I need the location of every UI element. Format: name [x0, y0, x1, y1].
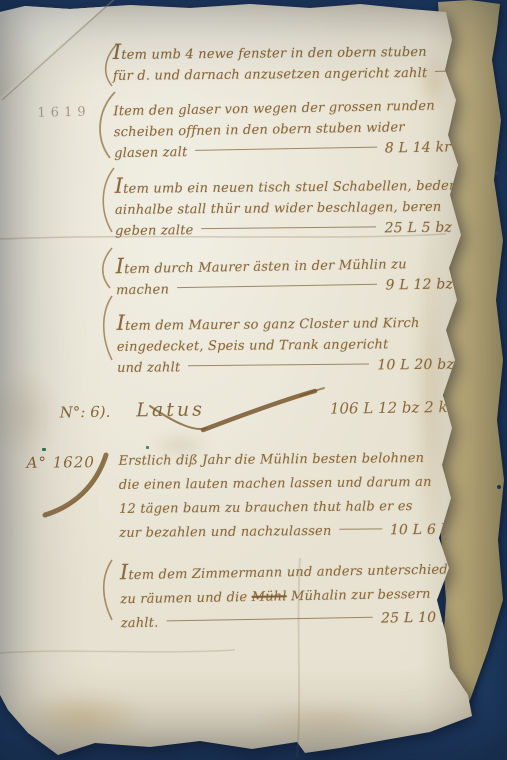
ink-rule [339, 528, 381, 529]
manuscript-line: die einen lauten machen lassen und darum… [119, 471, 456, 498]
line-text: glasen zalt [114, 142, 188, 164]
manuscript-page: Item umb 4 newe fenster in den obern stu… [0, 0, 507, 760]
handwritten-content: Item umb 4 newe fenster in den obern stu… [0, 0, 507, 650]
ink-rule [202, 226, 377, 229]
ink-rule [166, 617, 373, 622]
line-text: Item umb ein neuen tisch stuel Schabelle… [115, 179, 458, 197]
ledger-entry: Item umb ein neuen tisch stuel Schabelle… [115, 173, 453, 242]
ledger-entry: Item umb 4 newe fenster in den obern stu… [113, 39, 450, 87]
amount-text: 25 L 5 bz [384, 218, 452, 240]
margin-year-note: A° 1620 [26, 452, 94, 474]
margin-year-note: 1619 [37, 102, 90, 124]
amount-text: 8 L 14 kr [385, 137, 452, 159]
summary-number-label: N°: 6). [60, 399, 111, 426]
amount-text: 10 L 20 bz [377, 355, 454, 377]
manuscript-line: zur bezahlen und nachzulassen10 L 6 kr [119, 519, 456, 546]
amount-text: 9 L 12 bz [385, 274, 453, 296]
paper-stain [416, 50, 450, 110]
manuscript-line: Item dem Maurer so ganz Closter und Kirc… [116, 310, 453, 337]
manuscript-line: machen9 L 12 bz [116, 274, 453, 301]
line-text: und zahlt [117, 357, 181, 379]
line-text: zur bezahlen und nachzulassen [119, 520, 331, 546]
manuscript-page-wrap: Item umb 4 newe fenster in den obern stu… [0, 0, 507, 760]
photo-scene: Item umb 4 newe fenster in den obern stu… [0, 0, 507, 760]
line-text: zahlt. [121, 612, 159, 637]
manuscript-line: geben zalte25 L 5 bz [115, 218, 452, 242]
manuscript-line: glasen zalt8 L 14 kr [114, 137, 451, 164]
line-text: zu räumen und die [120, 590, 252, 607]
line-text: Item den glaser von wegen der grossen ru… [113, 99, 435, 120]
manuscript-line: Item umb 4 newe fenster in den obern stu… [113, 39, 450, 66]
line-text: ainhalbe stall thür und wider beschlagen… [115, 200, 442, 218]
line-text: Item umb 4 newe fenster in den obern stu… [113, 45, 427, 63]
line-text: die einen lauten machen lassen und darum… [119, 475, 432, 493]
manuscript-line: und zahlt10 L 20 bz [117, 355, 454, 379]
line-text: Erstlich diß Jahr die Mühlin besten belo… [119, 451, 425, 469]
summary-latus-word: Latus [136, 396, 205, 423]
line-text: für d. und darnach anzusetzen angericht … [113, 63, 428, 87]
amount-text: 25 L 10 bz [381, 607, 458, 629]
ledger-entry: Item dem Maurer so ganz Closter und Kirc… [116, 310, 454, 379]
manuscript-line: für d. und darnach anzusetzen angericht … [113, 63, 450, 87]
ledger-entry: 1619Item den glaser von wegen der grosse… [113, 95, 451, 164]
ink-rule [177, 284, 377, 288]
ink-rule [435, 71, 453, 72]
paper-stain [18, 688, 148, 746]
manuscript-line: 12 tägen baum zu brauchen thut halb er e… [119, 495, 456, 522]
line-text: 12 tägen baum zu brauchen thut halb er e… [119, 499, 413, 517]
line-text: geben zalte [115, 220, 194, 242]
amount-text: 10 L 6 kr [390, 520, 457, 542]
struck-word: Mühl [252, 589, 287, 605]
amount-text: 14 L 3 bz [461, 62, 507, 84]
line-text: eingedecket, Speis und Trank angericht [117, 337, 389, 355]
ledger-entry: A° 1620Erstlich diß Jahr die Mühlin best… [118, 447, 456, 546]
ledger-section-1620: A° 1620Erstlich diß Jahr die Mühlin best… [118, 446, 458, 636]
line-text: Item dem Zimmermann und anders unterschi… [120, 562, 481, 583]
ledger-section-1619: Item umb 4 newe fenster in den obern stu… [113, 38, 455, 380]
ink-rule [195, 147, 376, 151]
ledger-entry: Item dem Zimmermann und anders unterschi… [120, 554, 458, 636]
line-text: Mühalin zur bessern [287, 587, 431, 605]
manuscript-line: Erstlich diß Jahr die Mühlin besten belo… [118, 447, 455, 474]
line-text: scheiben offnen in den obern stuben wide… [114, 120, 405, 140]
line-text: Item durch Maurer ästen in der Mühlin zu [116, 257, 407, 277]
summary-amount: 106 L 12 bz 2 kr [330, 394, 455, 422]
manuscript-line: Item umb ein neuen tisch stuel Schabelle… [115, 173, 452, 200]
paper-stain [250, 700, 400, 744]
ink-rule [188, 363, 369, 366]
line-text: Item dem Maurer so ganz Closter und Kirc… [117, 316, 420, 334]
summary-row: N°: 6). Latus 106 L 12 bz 2 kr [60, 393, 455, 426]
line-text: machen [116, 279, 169, 301]
ledger-entry: Item durch Maurer ästen in der Mühlin zu… [115, 250, 453, 301]
